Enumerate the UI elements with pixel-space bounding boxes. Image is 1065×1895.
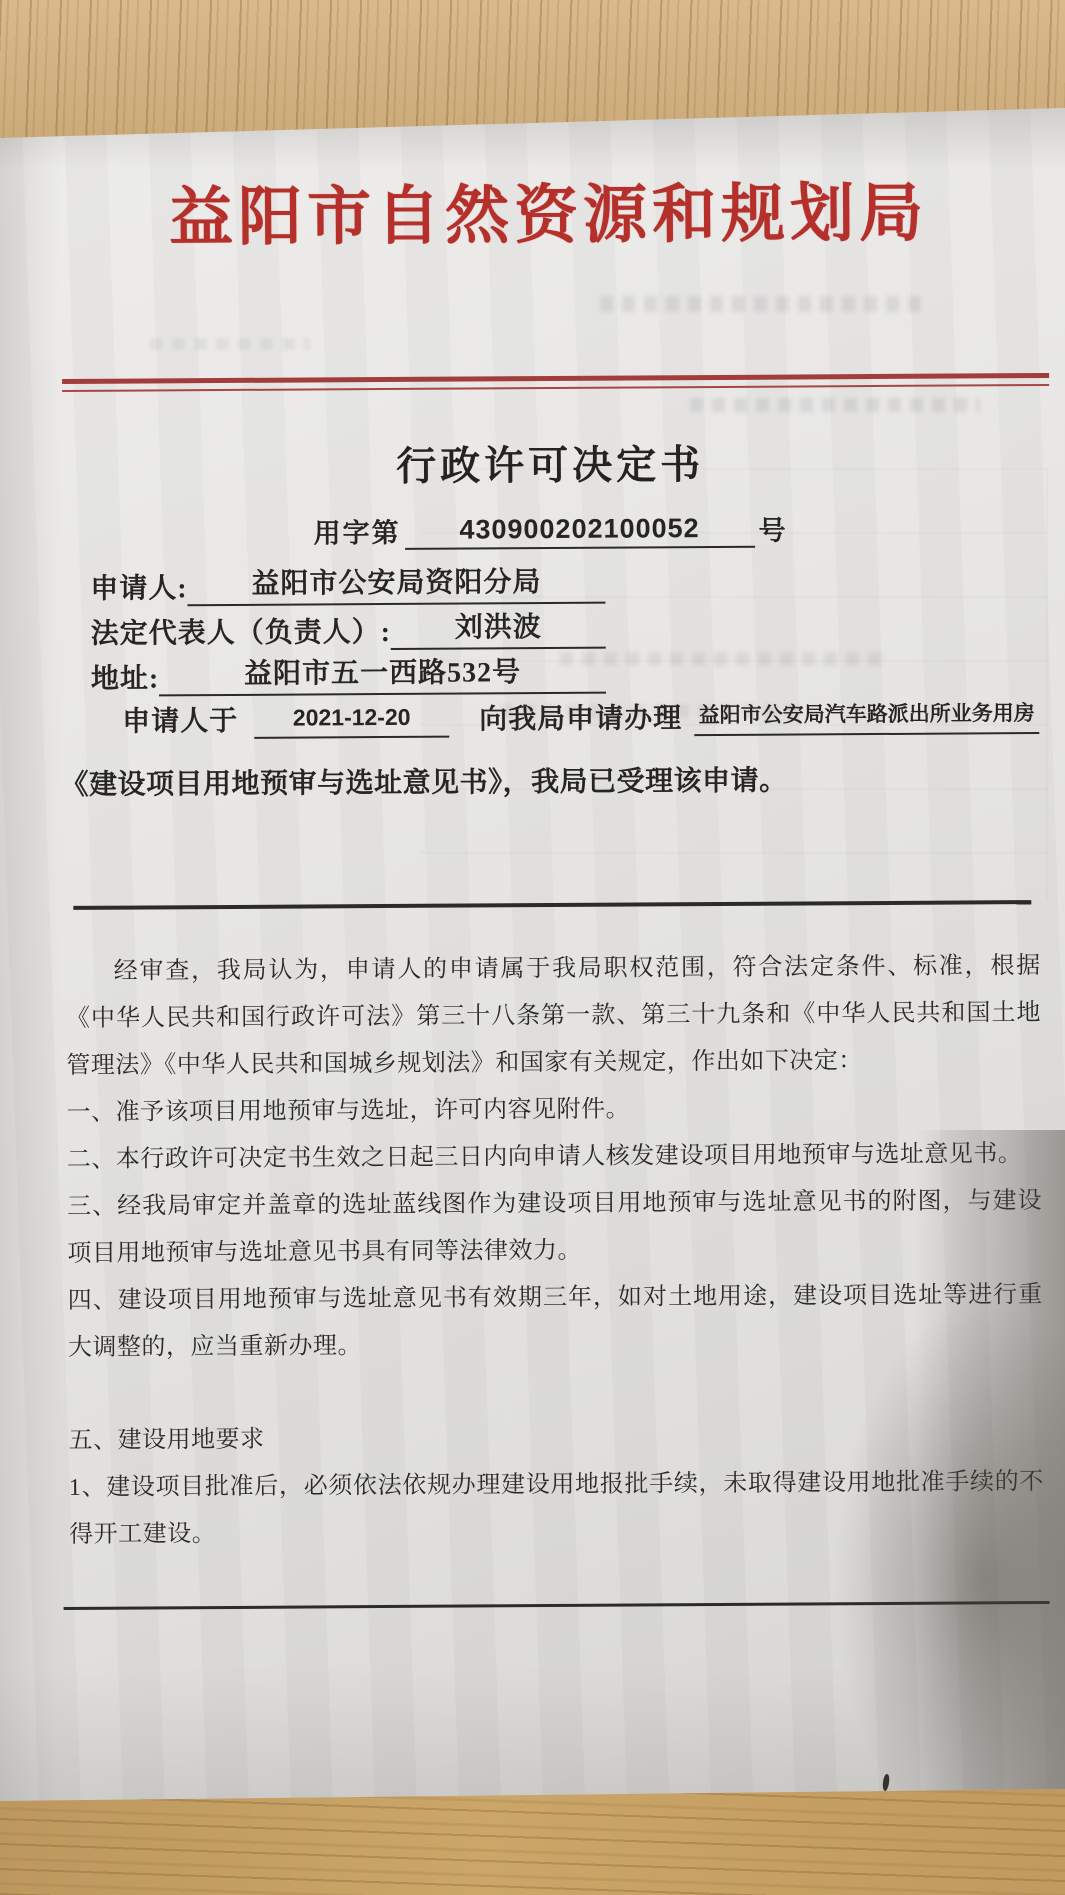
decision-item-2: 二、本行政许可决定书生效之日起三日内向申请人核发建设项目用地预审与选址意见书。 [67,1131,1042,1184]
application-project-name: 益阳市公安局汽车路派出所业务用房 [694,700,1039,736]
decision-item-3: 三、经我局审定并盖章的选址蓝线图作为建设项目用地预审与选址意见书的附图，与建设项… [67,1178,1043,1278]
document-photo: 益阳市自然资源和规划局 行政许可决定书 用字第 430900202100052 … [0,0,1065,1895]
agency-letterhead-title: 益阳市自然资源和规划局 [61,179,1036,252]
field-legal-representative-label: 法定代表人（负责人）: [91,616,392,651]
application-lead-text: 申请人于 [122,704,238,740]
decision-item-1: 一、准予该项目用地预审与选址，许可内容见附件。 [66,1084,1041,1137]
doc-number-prefix: 用字第 [313,511,400,551]
field-applicant: 申请人: 益阳市公安局资阳分局 [63,566,605,607]
decision-paragraph: 经审查，我局认为，申请人的申请属于我局职权范围，符合法定条件、标准，根据《中华人… [66,943,1042,1090]
doc-number-suffix: 号 [758,509,787,548]
document-title: 行政许可决定书 [62,431,1037,494]
paper-shadow-left [0,120,60,1815]
section-divider-top [73,900,1031,909]
letterhead-double-rule [62,373,1049,384]
doc-number-value: 430900202100052 [404,513,754,550]
document-number-line: 用字第 430900202100052 号 [63,507,1038,552]
field-address-value: 益阳市五一西路532号 [159,656,606,696]
application-continuation: 《建设项目用地预审与选址意见书》，我局已受理该申请。 [60,757,1039,803]
field-address-label: 地址: [91,662,160,696]
field-legal-representative: 法定代表人（负责人）: 刘洪波 [64,611,606,652]
application-middle-text: 向我局申请办理 [479,701,682,737]
letterhead-thin-rule [62,384,1049,392]
document-paper: 益阳市自然资源和规划局 行政许可决定书 用字第 430900202100052 … [0,0,1065,1895]
field-address: 地址: 益阳市五一西路532号 [64,656,606,697]
application-line: 申请人于 2021-12-20 向我局申请办理 益阳市公安局汽车路派出所业务用房 [64,699,1039,740]
field-applicant-value: 益阳市公安局资阳分局 [188,566,606,606]
field-applicant-label: 申请人: [90,572,188,606]
application-date: 2021-12-20 [254,703,449,739]
field-legal-representative-value: 刘洪波 [391,611,606,650]
